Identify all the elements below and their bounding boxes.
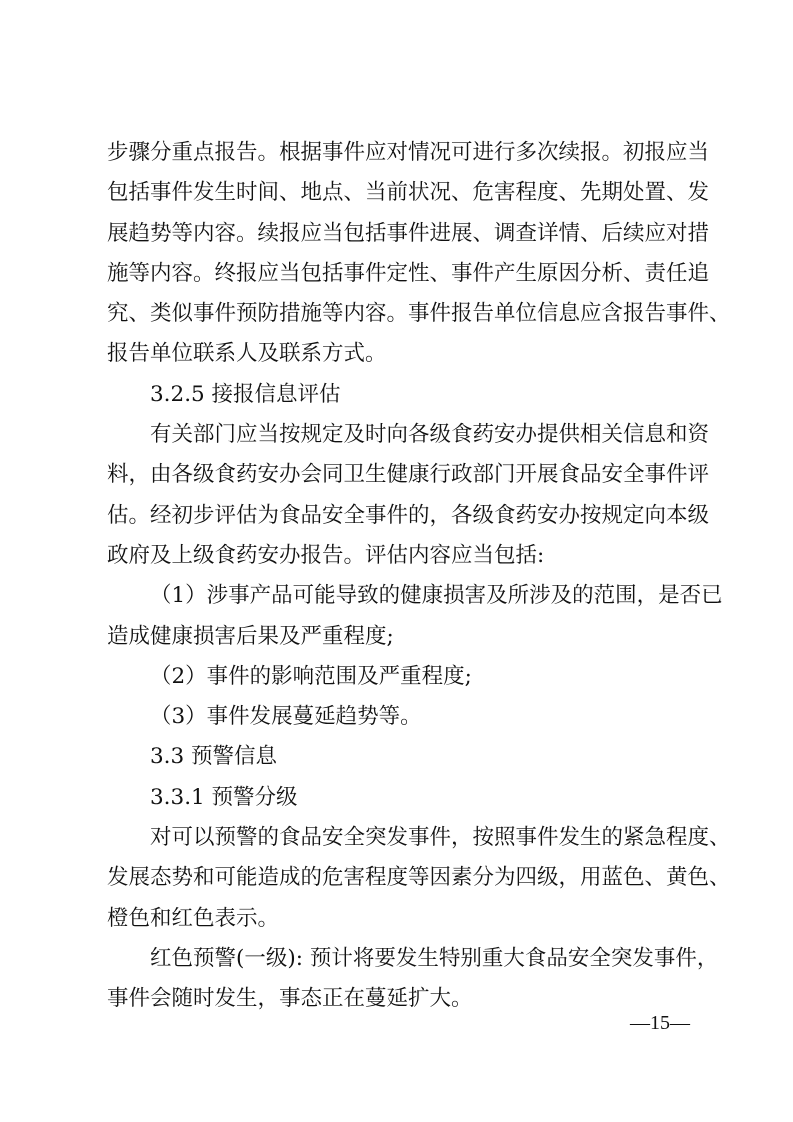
text-line: 步骤分重点报告。根据事件应对情况可进行多次续报。初报应当	[107, 133, 707, 173]
paragraph-assessment: 有关部门应当按规定及时向各级食药安办提供相关信息和资 料，由各级食药安办会同卫生…	[107, 415, 707, 576]
text-line: 造成健康损害后果及严重程度;	[107, 617, 707, 657]
text-line: 估。经初步评估为食品安全事件的，各级食药安办按规定向本级	[107, 496, 707, 536]
document-page: 步骤分重点报告。根据事件应对情况可进行多次续报。初报应当 包括事件发生时间、地点…	[0, 0, 793, 1122]
text-line: 政府及上级食药安办报告。评估内容应当包括:	[107, 536, 707, 576]
list-item-3: （3）事件发展蔓延趋势等。	[107, 697, 707, 737]
text-line: 报告单位联系人及联系方式。	[107, 334, 707, 374]
page-number: —15—	[628, 1010, 692, 1036]
text-line: 究、类似事件预防措施等内容。事件报告单位信息应含报告事件、	[107, 294, 707, 334]
text-line: 包括事件发生时间、地点、当前状况、危害程度、先期处置、发	[107, 173, 707, 213]
paragraph-warning-levels: 对可以预警的食品安全突发事件，按照事件发生的紧急程度、 发展态势和可能造成的危害…	[107, 818, 707, 939]
text-line: 橙色和红色表示。	[107, 899, 707, 939]
list-item-1: （1）涉事产品可能导致的健康损害及所涉及的范围，是否已 造成健康损害后果及严重程…	[107, 576, 707, 657]
text-line: 施等内容。终报应当包括事件定性、事件产生原因分析、责任追	[107, 254, 707, 294]
text-line: （1）涉事产品可能导致的健康损害及所涉及的范围，是否已	[107, 576, 707, 616]
list-item-2: （2）事件的影响范围及严重程度;	[107, 657, 707, 697]
body-text: 步骤分重点报告。根据事件应对情况可进行多次续报。初报应当 包括事件发生时间、地点…	[107, 133, 707, 1020]
text-line: 红色预警(一级): 预计将要发生特别重大食品安全突发事件，	[107, 939, 707, 979]
section-heading-3-3-1: 3.3.1 预警分级	[107, 778, 707, 818]
section-heading-3-3: 3.3 预警信息	[107, 737, 707, 777]
paragraph-reporting-content: 步骤分重点报告。根据事件应对情况可进行多次续报。初报应当 包括事件发生时间、地点…	[107, 133, 707, 375]
paragraph-red-warning: 红色预警(一级): 预计将要发生特别重大食品安全突发事件， 事件会随时发生，事态…	[107, 939, 707, 1020]
text-line: 有关部门应当按规定及时向各级食药安办提供相关信息和资	[107, 415, 707, 455]
text-line: 事件会随时发生，事态正在蔓延扩大。	[107, 979, 707, 1019]
section-heading-3-2-5: 3.2.5 接报信息评估	[107, 375, 707, 415]
text-line: 展趋势等内容。续报应当包括事件进展、调查详情、后续应对措	[107, 214, 707, 254]
text-line: 对可以预警的食品安全突发事件，按照事件发生的紧急程度、	[107, 818, 707, 858]
text-line: 料，由各级食药安办会同卫生健康行政部门开展食品安全事件评	[107, 455, 707, 495]
text-line: 发展态势和可能造成的危害程度等因素分为四级，用蓝色、黄色、	[107, 858, 707, 898]
